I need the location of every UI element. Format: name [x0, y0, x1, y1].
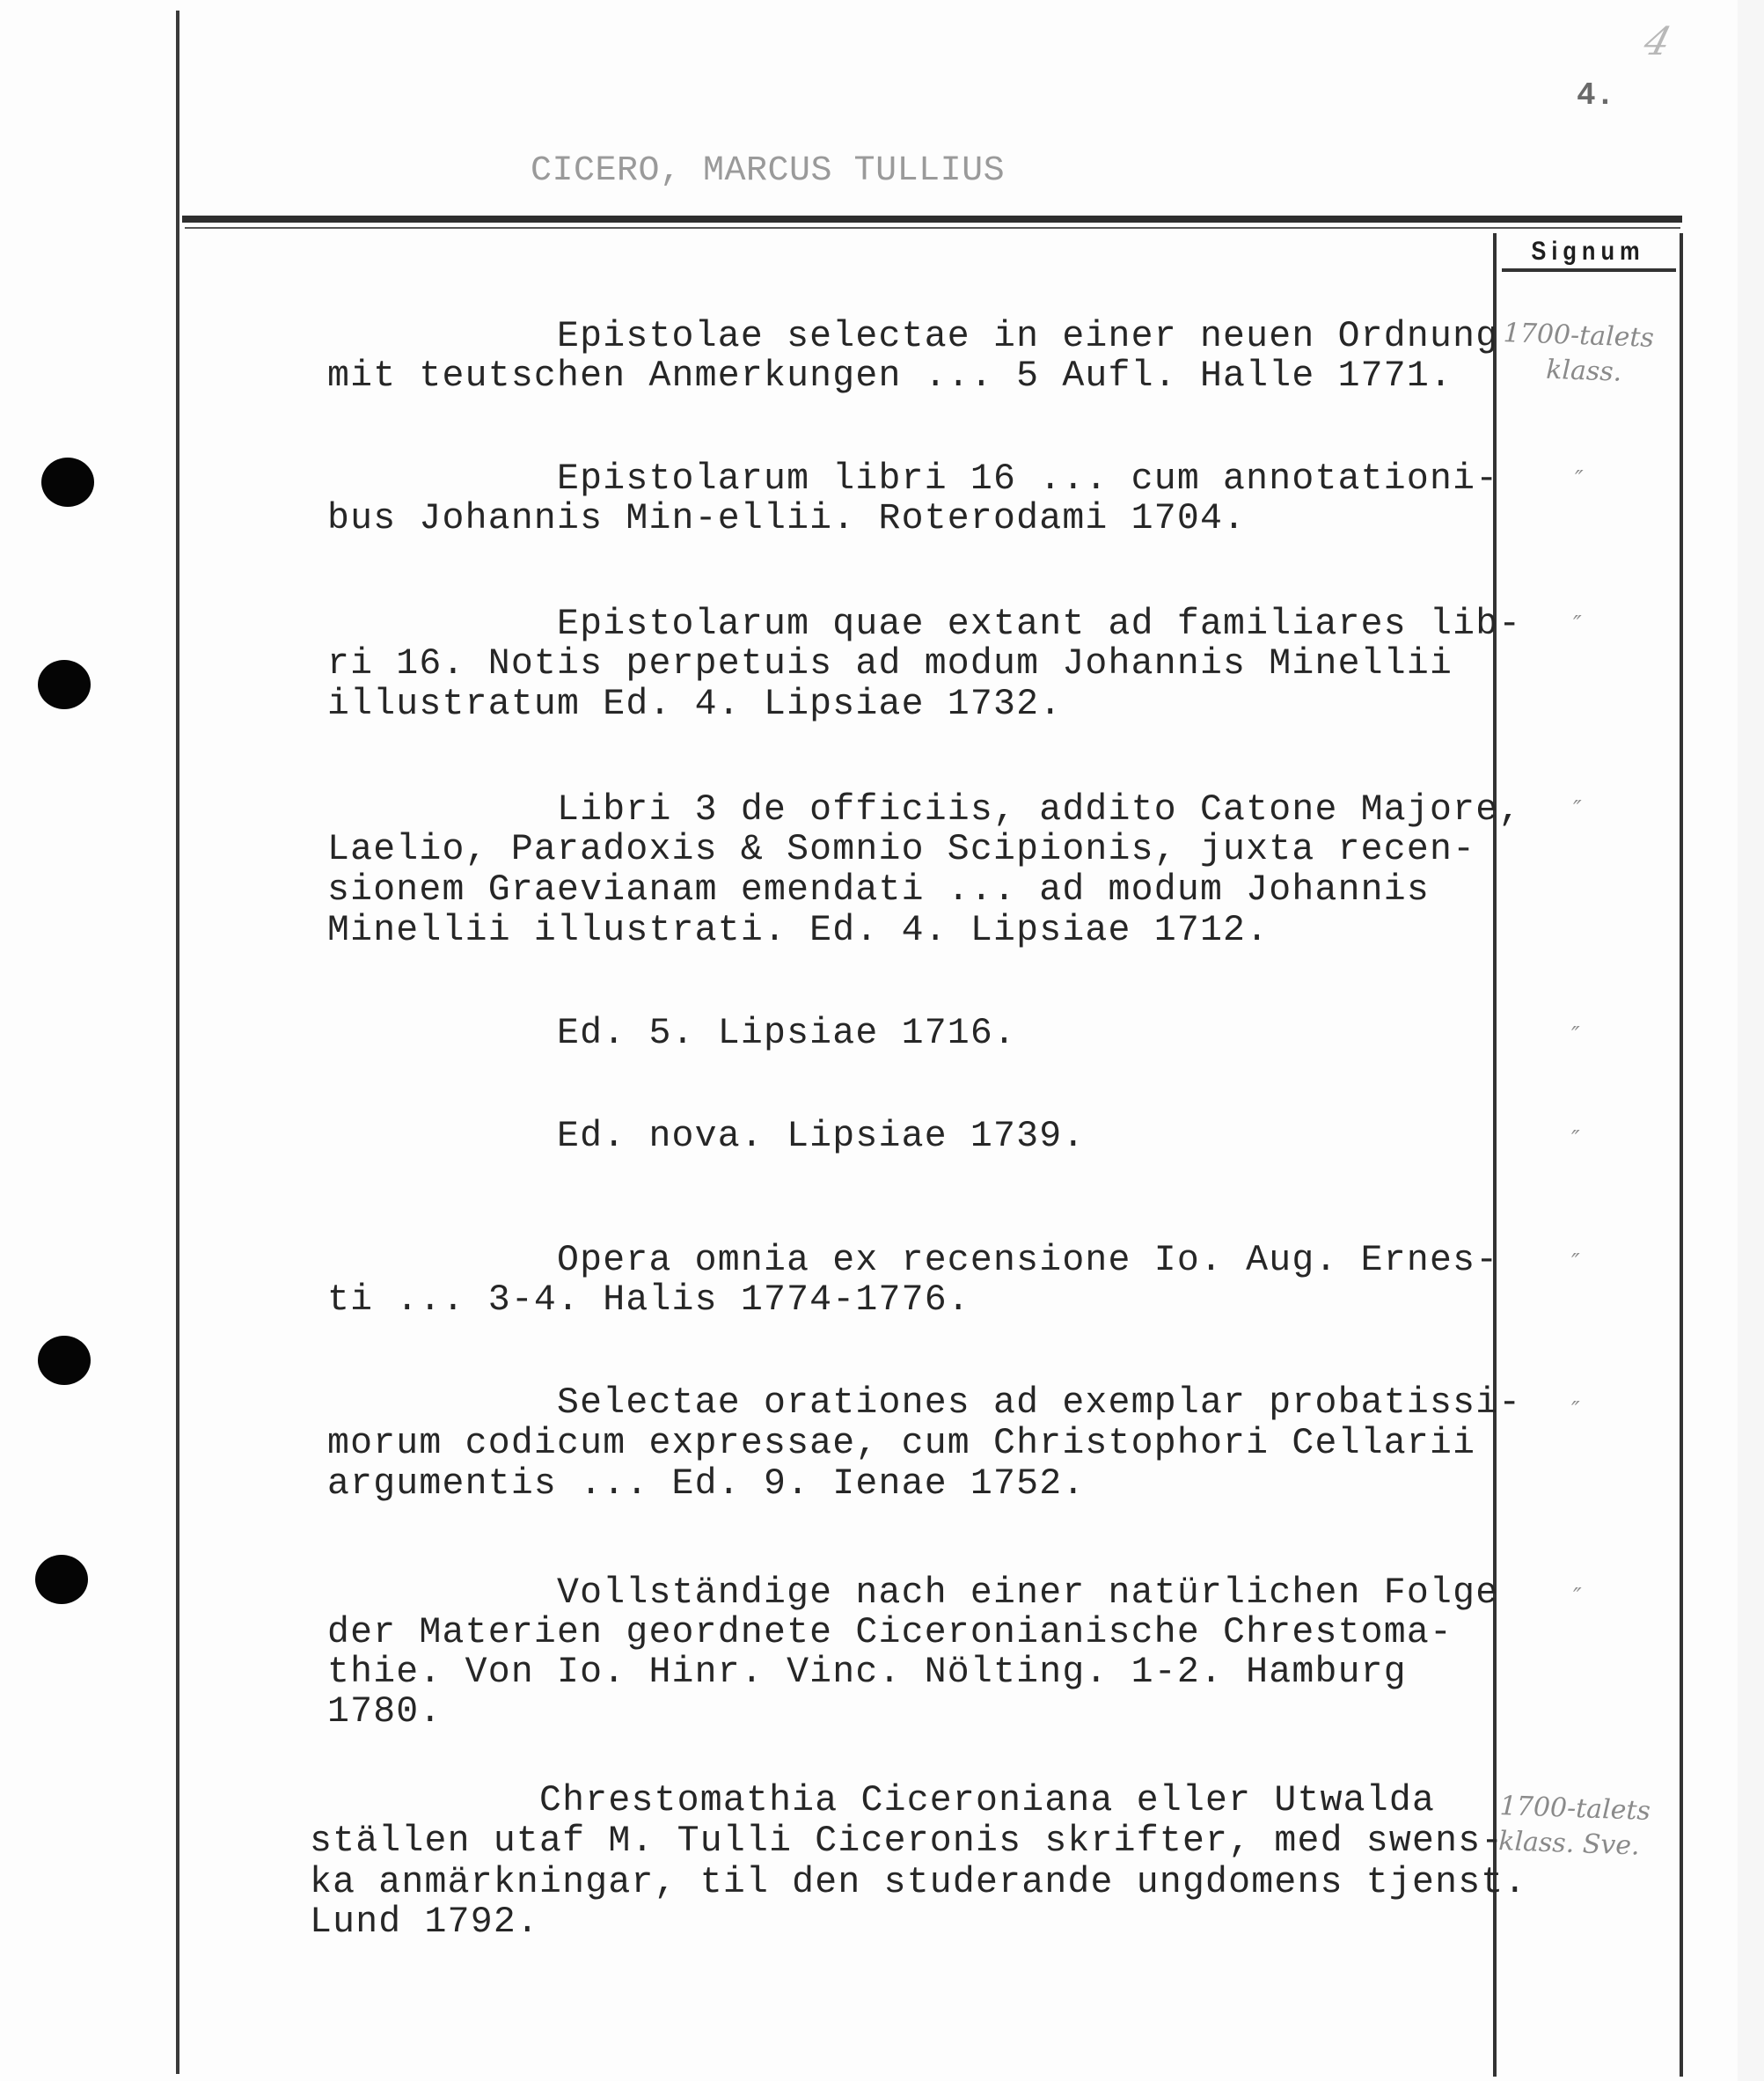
entry-line: Ed. nova. Lipsiae 1739.: [327, 1117, 1085, 1157]
entry-line: Epistolarum quae extant ad familiares li…: [327, 605, 1521, 645]
header-rule-thick: [182, 216, 1682, 223]
signum-ditto-mark: ″: [1575, 466, 1584, 493]
signum-handwritten: 1700-talets klass. Sve.: [1498, 1789, 1651, 1865]
entry-line: Lund 1792.: [310, 1902, 539, 1943]
entry-line: Laelio, Paradoxis & Somnio Scipionis, ju…: [327, 830, 1475, 870]
entry-line: morum codicum expressae, cum Christophor…: [327, 1424, 1475, 1464]
entry-line: der Materien geordnete Ciceronianische C…: [327, 1613, 1453, 1653]
signum-ditto-mark: ″: [1571, 1126, 1580, 1153]
punch-hole: [35, 1555, 88, 1604]
handwritten-page-number: 4: [1639, 19, 1676, 64]
entry-line: ställen utaf M. Tulli Ciceronis skrifter…: [310, 1821, 1504, 1862]
entry-line: bus Johannis Min-ellii. Roterodami 1704.: [327, 499, 1246, 539]
entry-line: mit teutschen Anmerkungen ... 5 Aufl. Ha…: [327, 356, 1453, 397]
entry-line: Epistolae selectae in einer neuen Ordnun…: [327, 317, 1498, 357]
entry-line: Chrestomathia Ciceroniana eller Utwalda: [310, 1781, 1435, 1821]
punch-hole: [41, 458, 94, 507]
entry-line: ti ... 3-4. Halis 1774-1776.: [327, 1280, 970, 1321]
signum-ditto-mark: ″: [1573, 1584, 1582, 1610]
signum-ditto-mark: ″: [1571, 1397, 1580, 1424]
punch-hole: [38, 1336, 91, 1385]
signum-header: Signum: [1511, 237, 1666, 267]
signum-ditto-mark: ″: [1573, 796, 1582, 823]
signum-handwritten: 1700-talets klass.: [1502, 316, 1655, 392]
entry-line: Minellii illustrati. Ed. 4. Lipsiae 1712…: [327, 911, 1269, 951]
entry-line: thie. Von Io. Hinr. Vinc. Nölting. 1-2. …: [327, 1652, 1407, 1693]
catalog-heading: CICERO, MARCUS TULLIUS: [531, 151, 1005, 191]
entry-line: sionem Graevianam emendati ... ad modum …: [327, 870, 1430, 911]
entry-line: Ed. 5. Lipsiae 1716.: [327, 1014, 1016, 1054]
entry-line: Vollständige nach einer natürlichen Folg…: [327, 1573, 1498, 1614]
signum-ditto-mark: ″: [1573, 612, 1582, 638]
entry-line: Selectae orationes ad exemplar probatiss…: [327, 1383, 1521, 1424]
entry-line: 1780.: [327, 1692, 443, 1733]
entry-line: ka anmärkningar, til den studerande ungd…: [310, 1863, 1527, 1903]
left-margin-rule: [176, 11, 179, 2074]
signum-header-rule: [1502, 268, 1676, 272]
page-number: 4.: [1577, 77, 1614, 114]
entry-line: Libri 3 de officiis, addito Catone Major…: [327, 790, 1521, 831]
signum-ditto-mark: ″: [1571, 1249, 1580, 1276]
signum-ditto-mark: ″: [1571, 1022, 1580, 1049]
punch-hole: [38, 660, 91, 709]
header-rule-thin: [185, 227, 1680, 229]
entry-line: illustratum Ed. 4. Lipsiae 1732.: [327, 685, 1062, 725]
scan-margin: [1738, 0, 1764, 2081]
entry-line: Opera omnia ex recensione Io. Aug. Ernes…: [327, 1241, 1498, 1281]
entry-line: ri 16. Notis perpetuis ad modum Johannis…: [327, 644, 1453, 685]
entry-line: Epistolarum libri 16 ... cum annotationi…: [327, 459, 1498, 500]
entry-line: argumentis ... Ed. 9. Ienae 1752.: [327, 1464, 1085, 1505]
